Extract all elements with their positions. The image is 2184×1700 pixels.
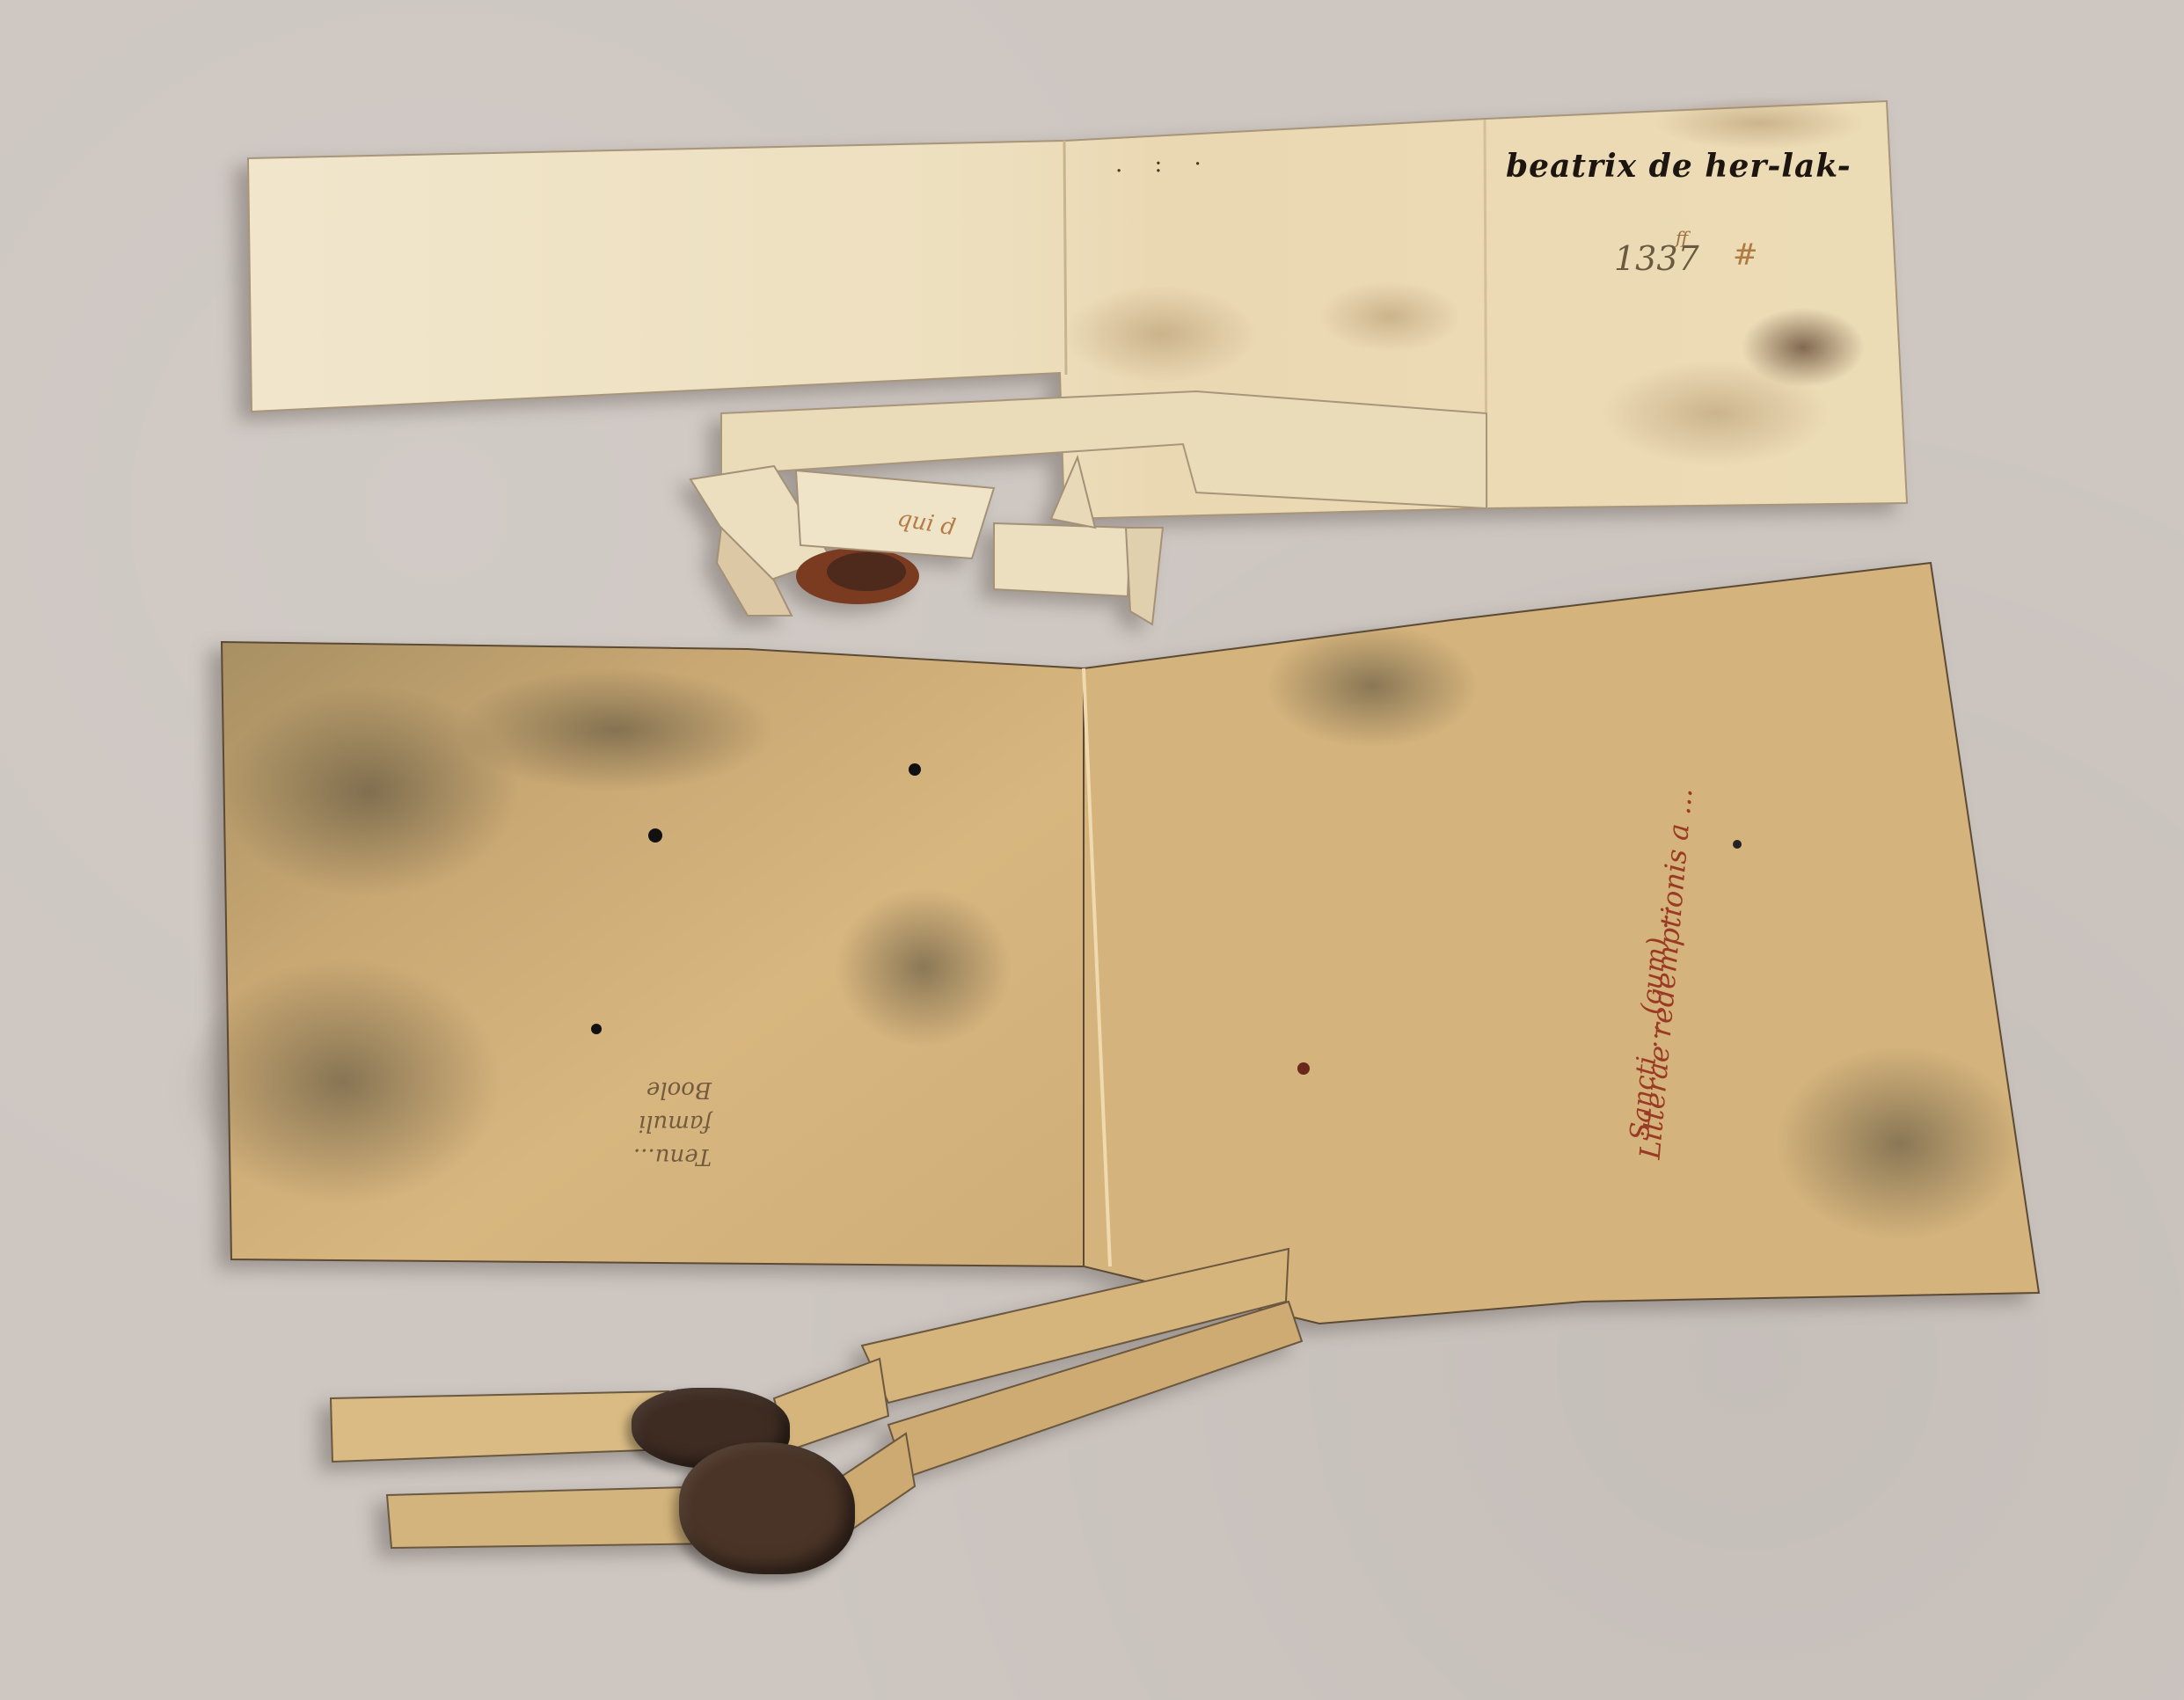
inverted-note-line2: famuli	[633, 1106, 712, 1140]
lower-parchment	[0, 0, 2184, 1700]
inverted-note-line3: Boole	[633, 1073, 712, 1106]
lower-wax-seal	[679, 1442, 855, 1574]
inverted-note: Tenu... famuli Boole	[633, 1073, 712, 1173]
inverted-note-line1: Tenu...	[633, 1140, 712, 1173]
lower-parchment-shape	[0, 0, 2184, 1700]
